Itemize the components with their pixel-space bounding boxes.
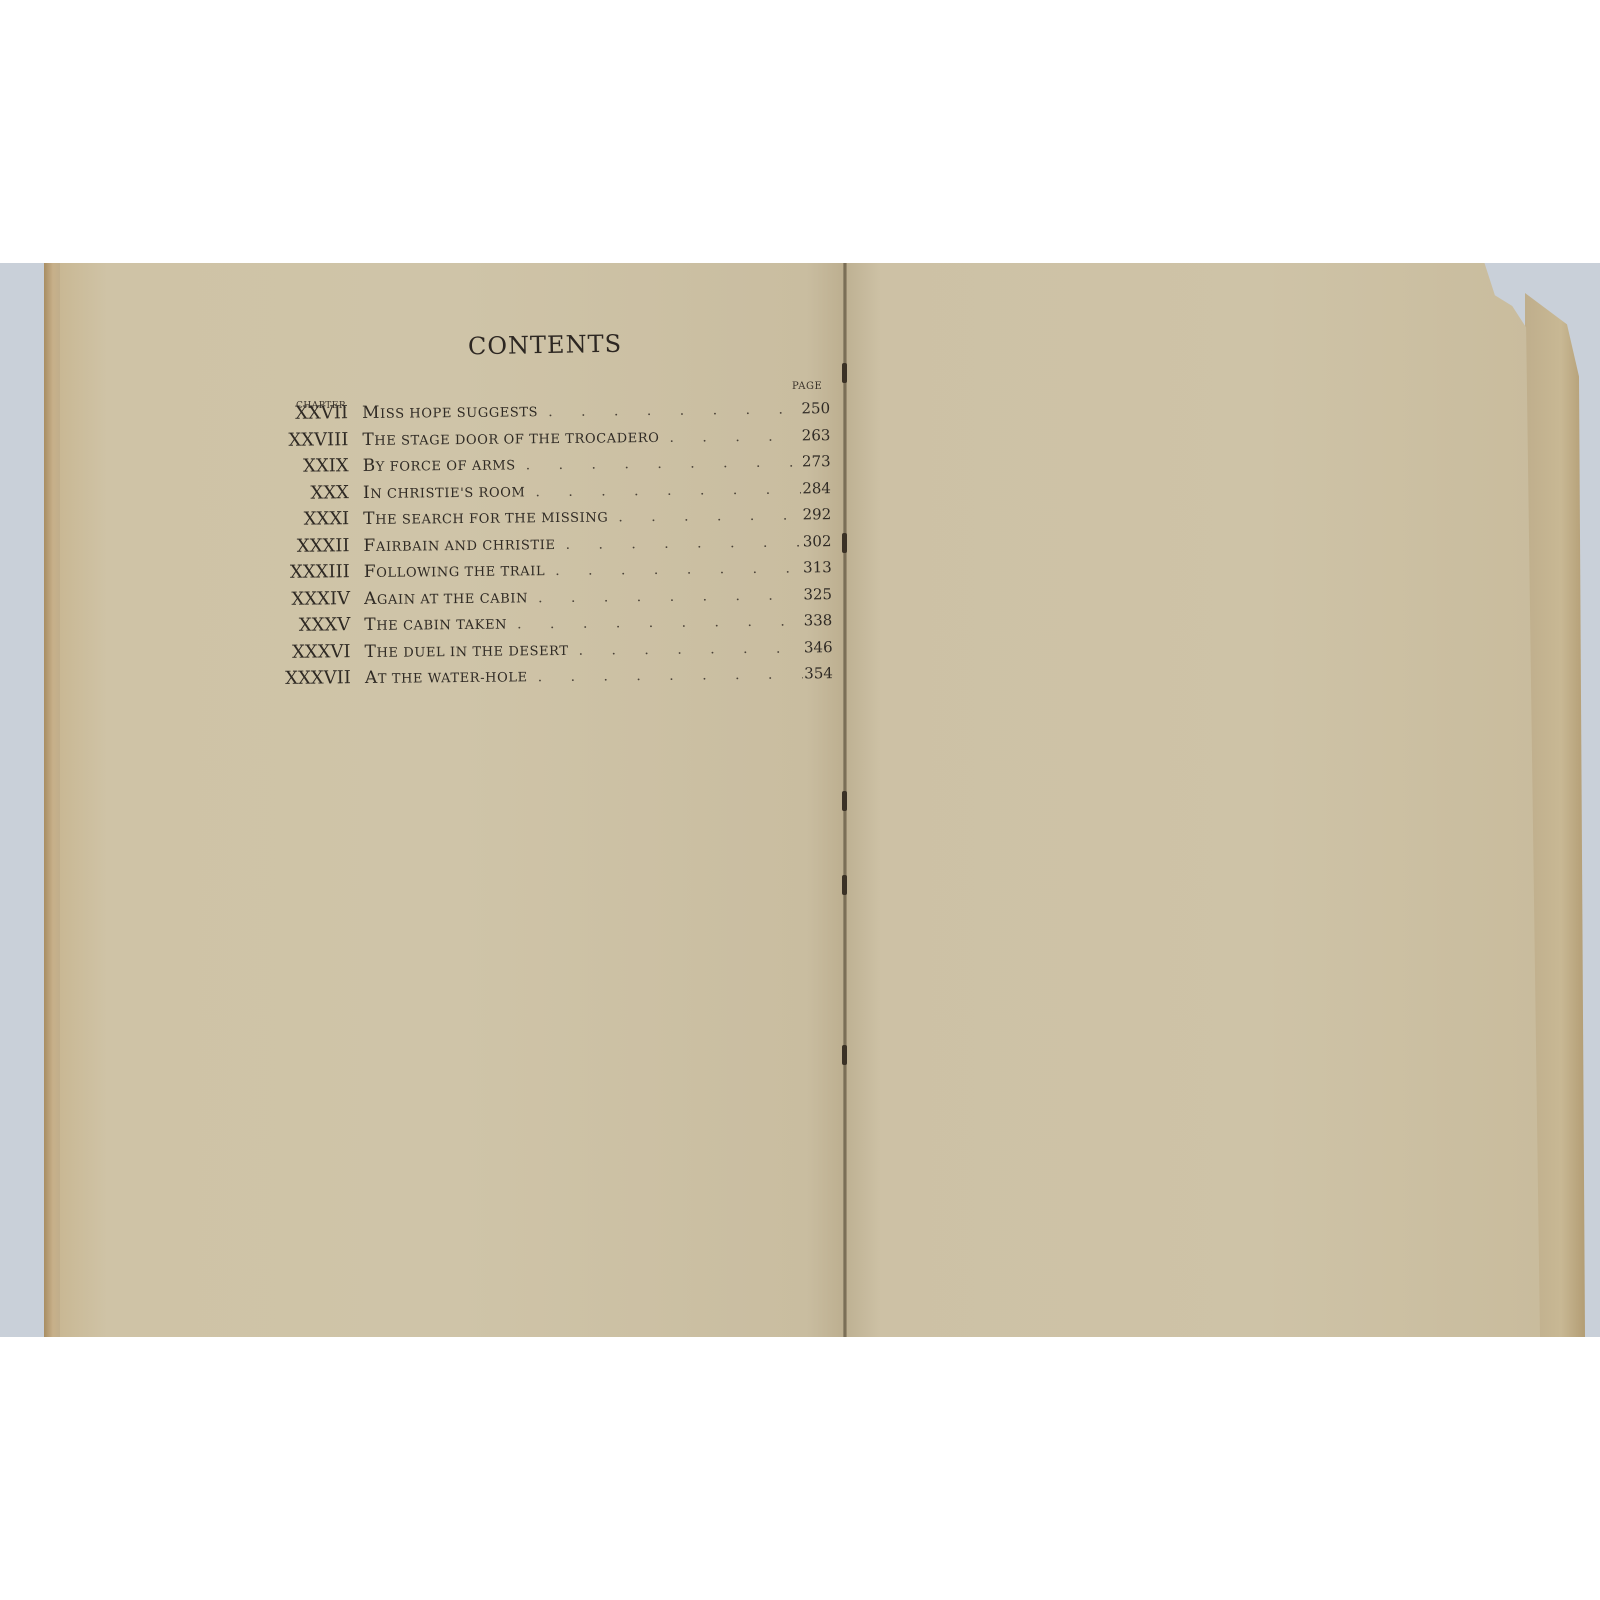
dot-leader: . . . . . . . . . . . . . . . . . . . . … [525, 481, 801, 500]
chapter-number: XXX [271, 482, 363, 504]
chapter-number: XXXV [272, 614, 364, 636]
contents-page: CONTENTS PAGE CHAPTER XXVIIMiss Hope Sug… [60, 263, 846, 1337]
chapter-page: 273 [801, 452, 831, 470]
dot-leader: . . . . . . . . . . . . . . . . . . . . … [528, 666, 803, 685]
chapter-page: 338 [802, 611, 832, 629]
dot-leader: . . . . . . . . . . . . . . . . . . . . … [507, 613, 802, 632]
dot-leader: . . . . . . . . . . . . . . . . . . . . … [528, 587, 802, 606]
binding-thread [842, 875, 847, 895]
table-of-contents: XXVIIMiss Hope Suggests. . . . . . . . .… [270, 397, 833, 694]
chapter-number: XXXVII [273, 667, 365, 689]
binding-thread [842, 533, 847, 553]
chapter-page: 250 [800, 399, 830, 417]
dot-leader: . . . . . . . . . . . . . . . . . . . . … [516, 454, 801, 473]
binding-thread [842, 1045, 847, 1065]
chapter-title: Again at the Cabin [364, 587, 528, 609]
page-column-label: PAGE [792, 381, 822, 392]
chapter-title: By Force of Arms [363, 454, 516, 476]
dot-leader: . . . . . . . . . . . . . . . . . . . . … [555, 534, 801, 553]
chapter-page: 292 [801, 505, 831, 523]
contents-heading: CONTENTS [468, 330, 622, 361]
binding-thread [842, 791, 847, 811]
chapter-number: XXXVI [272, 641, 364, 663]
toc-entry: XXXVIIAt the Water-hole. . . . . . . . .… [273, 662, 833, 694]
dot-leader: . . . . . . . . . . . . . . . . . . . . … [608, 507, 801, 525]
chapter-title: Miss Hope Suggests [362, 401, 538, 423]
chapter-page: 313 [802, 558, 832, 576]
chapter-title: Following the Trail [364, 560, 546, 582]
dot-leader: . . . . . . . . . . . . . . . . . . . . … [568, 640, 802, 658]
chapter-number: XXVIII [270, 429, 362, 451]
chapter-number: XXXIII [272, 561, 364, 583]
chapter-title: At the Water-hole [365, 666, 528, 688]
chapter-number: XXIX [271, 455, 363, 477]
chapter-page: 263 [800, 426, 830, 444]
chapter-page: 354 [803, 664, 833, 682]
chapter-page: 284 [801, 479, 831, 497]
book-photo: CONTENTS PAGE CHAPTER XXVIIMiss Hope Sug… [0, 263, 1600, 1337]
chapter-number: XXVII [270, 402, 362, 424]
chapter-title: The Duel in the Desert [365, 639, 569, 661]
chapter-number: XXXII [271, 535, 363, 557]
chapter-page: 346 [802, 638, 832, 656]
chapter-number: XXXIV [272, 588, 364, 610]
chapter-page: 302 [801, 532, 831, 550]
dot-leader: . . . . . . . . . . . . . . . . . . . . … [538, 401, 800, 420]
chapter-title: The Cabin Taken [364, 614, 507, 635]
dot-leader: . . . . . . . . . . . . . . . . . . . . … [659, 428, 800, 445]
binding-thread [842, 363, 847, 383]
dot-leader: . . . . . . . . . . . . . . . . . . . . … [545, 560, 802, 579]
chapter-title: Fairbain and Christie [363, 534, 555, 556]
illustrations-page: ILLUSTRATIONS PAGE “ It is not going to … [846, 263, 1540, 1337]
chapter-page: 325 [802, 585, 832, 603]
chapter-title: The Stage Door of the Trocadero [362, 426, 659, 449]
chapter-title: In Christie's Room [363, 481, 526, 503]
chapter-title: The Search for the Missing [363, 506, 608, 529]
chapter-number: XXXI [271, 508, 363, 530]
